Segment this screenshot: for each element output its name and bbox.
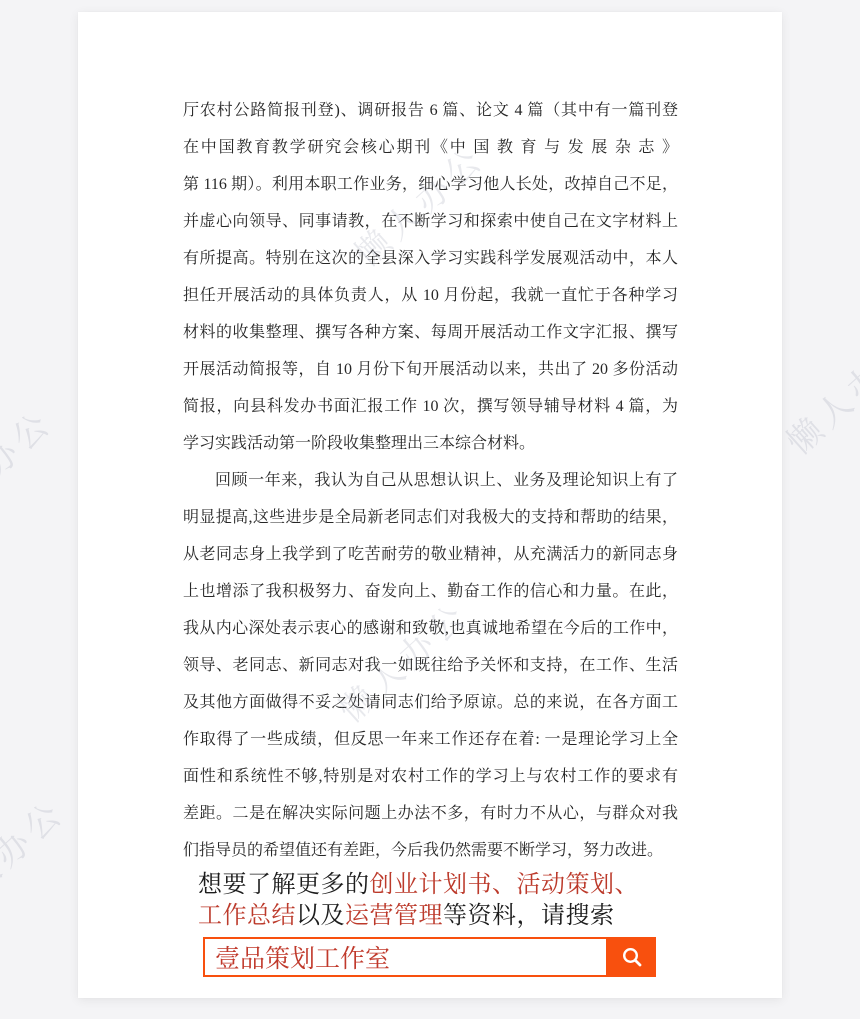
text-line: 们指导员的希望值还有差距，今后我仍然需要不断学习，努力改进。 <box>183 832 678 869</box>
search-input[interactable] <box>203 937 608 977</box>
promo-separator: 、 <box>615 872 640 898</box>
text-line: 厅农村公路简报刊登)、调研报告 6 篇、论文 4 篇（其中有一篇刊登 <box>183 92 678 129</box>
text-line: 面性和系统性不够,特别是对农村工作的学习上与农村工作的要求有 <box>183 758 678 795</box>
watermark: 懒人办公 <box>0 396 62 539</box>
text-line: 材料的收集整理、撰写各种方案、每周开展活动工作文字汇报、撰写 <box>183 314 678 351</box>
promo-link-business-plan[interactable]: 创业计划书 <box>370 872 493 898</box>
canvas: 厅农村公路简报刊登)、调研报告 6 篇、论文 4 篇（其中有一篇刊登在中国教育教… <box>0 0 860 1019</box>
text-line: 并虚心向领导、同事请教，在不断学习和探索中使自己在文字材料上 <box>183 203 678 240</box>
promo-conjunction: 以及 <box>296 903 345 929</box>
text-line: 学习实践活动第一阶段收集整理出三本综合材料。 <box>183 425 678 462</box>
document-text: 厅农村公路简报刊登)、调研报告 6 篇、论文 4 篇（其中有一篇刊登在中国教育教… <box>183 92 678 869</box>
text-line: 简报，向县科发办书面汇报工作 10 次，撰写领导辅导材料 4 篇，为 <box>183 388 678 425</box>
paragraph: 厅农村公路简报刊登)、调研报告 6 篇、论文 4 篇（其中有一篇刊登在中国教育教… <box>183 92 678 462</box>
text-line: 回顾一年来，我认为自己从思想认识上、业务及理论知识上有了 <box>183 462 678 499</box>
promo-suffix: 等资料，请搜索 <box>443 903 615 929</box>
promo-separator: 、 <box>492 872 517 898</box>
watermark: 懒人办公 <box>0 786 74 929</box>
text-line: 开展活动简报等，自 10 月份下旬开展活动以来，共出了 20 多份活动 <box>183 351 678 388</box>
paragraph: 回顾一年来，我认为自己从思想认识上、业务及理论知识上有了明显提高,这些进步是全局… <box>183 462 678 869</box>
text-line: 及其他方面做得不妥之处请同志们给予原谅。总的来说，在各方面工 <box>183 684 678 721</box>
text-line: 明显提高,这些进步是全局新老同志们对我极大的支持和帮助的结果， <box>183 499 678 536</box>
text-line: 作取得了一些成绩，但反思一年来工作还存在着: 一是理论学习上全 <box>183 721 678 758</box>
magnifier-icon <box>621 946 643 968</box>
text-line: 我从内心深处表示衷心的感谢和致敬,也真诚地希望在今后的工作中， <box>183 610 678 647</box>
promo-link-operations-management[interactable]: 运营管理 <box>345 903 443 929</box>
text-line: 有所提高。特别在这次的全县深入学习实践科学发展观活动中，本人 <box>183 240 678 277</box>
document-page: 厅农村公路简报刊登)、调研报告 6 篇、论文 4 篇（其中有一篇刊登在中国教育教… <box>78 12 782 998</box>
watermark: 懒人办公 <box>774 320 860 463</box>
promo-prefix: 想要了解更多的 <box>198 872 370 898</box>
text-line: 在中国教育教学研究会核心期刊《中 国 教 育 与 发 展 杂 志 》 <box>183 129 678 166</box>
search-button[interactable] <box>608 937 656 977</box>
promo-link-event-planning[interactable]: 活动策划 <box>517 872 615 898</box>
search-bar <box>203 937 656 977</box>
text-line: 担任开展活动的具体负责人，从 10 月份起，我就一直忙于各种学习 <box>183 277 678 314</box>
text-line: 第 116 期）。利用本职工作业务，细心学习他人长处，改掉自己不足， <box>183 166 678 203</box>
promo-link-work-summary[interactable]: 工作总结 <box>198 903 296 929</box>
text-line: 差距。二是在解决实际问题上办法不多，有时力不从心，与群众对我 <box>183 795 678 832</box>
promo-text: 想要了解更多的创业计划书、活动策划、工作总结以及运营管理等资料，请搜索 <box>198 870 660 932</box>
text-line: 上也增添了我积极努力、奋发向上、勤奋工作的信心和力量。在此， <box>183 573 678 610</box>
text-line: 领导、老同志、新同志对我一如既往给予关怀和支持，在工作、生活 <box>183 647 678 684</box>
text-line: 从老同志身上我学到了吃苦耐劳的敬业精神，从充满活力的新同志身 <box>183 536 678 573</box>
